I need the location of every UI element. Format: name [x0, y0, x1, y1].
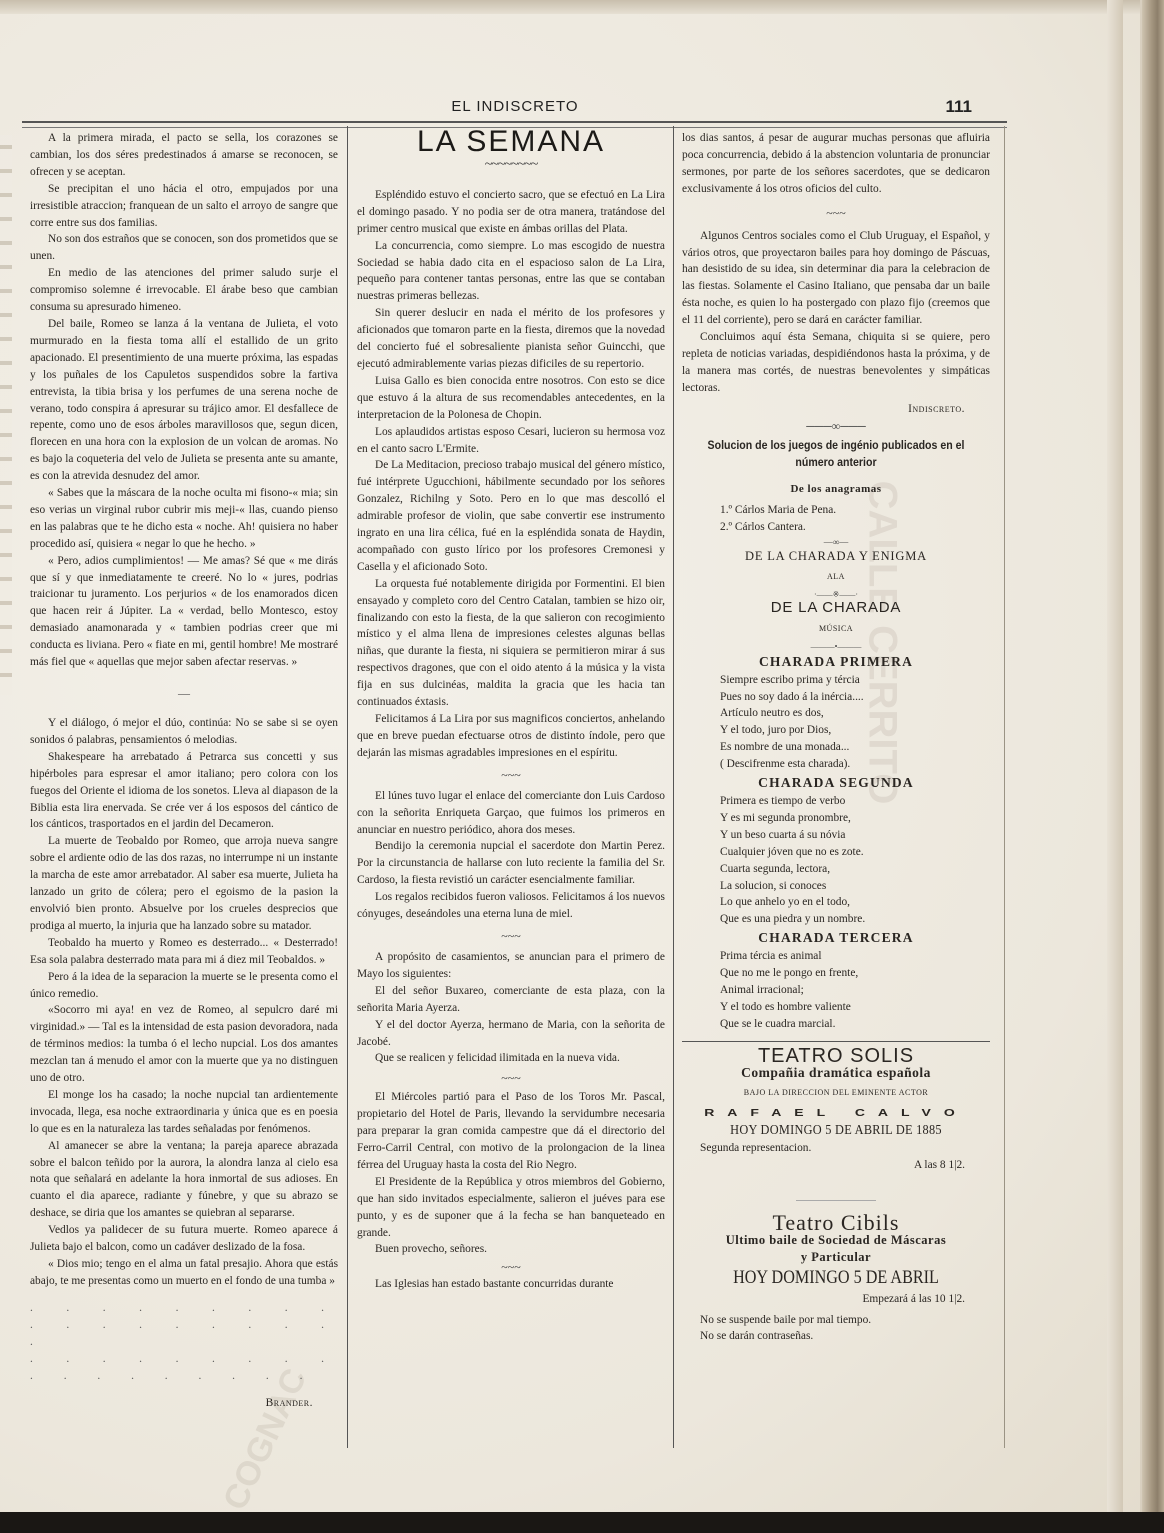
column-romeo-julieta: A la primera mirada, el pacto se sella, …: [30, 130, 338, 1412]
paragraph: El lúnes tuvo lugar el enlace del comerc…: [357, 788, 665, 839]
verse-line: Cualquier jóven que no es zote.: [682, 844, 990, 861]
section-separator: ~~~: [357, 1258, 665, 1276]
ellipsis-row: . . . . . . . . . . . . . . . . . . .: [30, 1300, 338, 1351]
advert-teatro-cibils: Teatro Cibils Ultimo baile de Sociedad d…: [682, 1215, 990, 1345]
column-divider-3: [1004, 126, 1005, 1448]
ornament-rule: ───∞───: [682, 418, 990, 434]
paragraph: Shakespeare ha arrebatado á Petrarca sus…: [30, 749, 338, 834]
advert-time: A las 8 1|2.: [682, 1157, 990, 1174]
verse-line: Que es una piedra y un nombre.: [682, 911, 990, 928]
verse-line: Pues no soy dado á la inércia....: [682, 689, 990, 706]
paragraph: Se precipitan el uno hácia el otro, empu…: [30, 181, 338, 232]
verse-line: Y el todo, juro por Dios,: [682, 722, 990, 739]
author-signature: Brander.: [30, 1395, 338, 1412]
verse-line: Que se le cuadra marcial.: [682, 1016, 990, 1033]
advert-subtitle: Compañia dramática española: [682, 1065, 990, 1082]
verse-line: Siempre escribo prima y tércia: [682, 672, 990, 689]
advert-divider: [796, 1174, 876, 1201]
verse-line: Y el todo es hombre valiente: [682, 999, 990, 1016]
paragraph: A propósito de casamientos, se anuncian …: [357, 949, 665, 983]
column-semana-continued: los dias santos, á pesar de augurar much…: [682, 130, 990, 1345]
advert-teatro-solis: TEATRO SOLIS Compañia dramática española…: [682, 1048, 990, 1174]
paragraph: Luisa Gallo es bien conocida entre nosot…: [357, 373, 665, 424]
verse-line: Que no me le pongo en frente,: [682, 965, 990, 982]
advert-subtitle: Ultimo baile de Sociedad de Máscaras: [682, 1232, 990, 1249]
paragraph: Al amanecer se abre la ventana; la parej…: [30, 1138, 338, 1223]
advert-direction: BAJO LA DIRECCION DEL EMINENTE ACTOR: [682, 1085, 990, 1102]
section-title: LA SEMANA: [357, 134, 665, 151]
paragraph: Espléndido estuvo el concierto sacro, qu…: [357, 187, 665, 238]
paragraph-continuation: los dias santos, á pesar de augurar much…: [682, 130, 990, 198]
paragraph: El Miércoles partió para el Paso de los …: [357, 1089, 665, 1174]
paragraph: Los aplaudidos artistas esposo Cesari, l…: [357, 424, 665, 458]
page-header: EL INDISCRETO 111: [30, 98, 1000, 120]
section-separator: ~~~: [682, 198, 990, 228]
paragraph: Sin querer deslucir en nada el mérito de…: [357, 305, 665, 373]
charada-enigma-answer: ALA: [682, 569, 990, 586]
ornament-wave: ~~~~~~~~: [357, 157, 665, 187]
charada-answer: MÚSICA: [682, 621, 990, 638]
charada-title: CHARADA PRIMERA: [682, 654, 990, 671]
paragraph: « Dios mio; tengo en el alma un fatal pr…: [30, 1256, 338, 1290]
column-divider-1: [347, 126, 348, 1448]
paragraph: Pero á la idea de la separacion la muert…: [30, 969, 338, 1003]
paragraph: Los regalos recibidos fueron valiosos. F…: [357, 889, 665, 923]
paragraph: Algunos Centros sociales como el Club Ur…: [682, 228, 990, 329]
newspaper-title: EL INDISCRETO: [30, 98, 1000, 115]
ornament-rule: ———•———: [682, 642, 990, 652]
section-separator: ~~~: [357, 762, 665, 788]
advert-note: No se suspende baile por mal tiempo.: [682, 1312, 990, 1329]
quote-paragraph: « Sabes que la máscara de la noche ocult…: [30, 485, 338, 553]
page-top-edge: [0, 0, 1145, 14]
charada-title: CHARADA TERCERA: [682, 930, 990, 947]
advert-title: TEATRO SOLIS: [682, 1048, 990, 1065]
paragraph: El del señor Buxareo, comerciante de est…: [357, 983, 665, 1017]
column-la-semana: LA SEMANA ~~~~~~~~ Espléndido estuvo el …: [357, 130, 665, 1293]
verse-line: Prima tércia es animal: [682, 948, 990, 965]
paragraph: Del baile, Romeo se lanza á la ventana d…: [30, 316, 338, 485]
paragraph: A la primera mirada, el pacto se sella, …: [30, 130, 338, 181]
verse-line: ( Descifrenme esta charada).: [682, 756, 990, 773]
advert-date: HOY DOMINGO 5 DE ABRIL: [705, 1270, 967, 1287]
author-signature: Indiscreto.: [682, 401, 990, 418]
paragraph: En medio de las atenciones del primer sa…: [30, 265, 338, 316]
paragraph: La orquesta fué notablemente dirigida po…: [357, 576, 665, 711]
book-binding-edge: [1140, 0, 1164, 1512]
charada-enigma-heading: DE LA CHARADA Y ENIGMA: [682, 548, 990, 565]
charada-heading: DE LA CHARADA: [682, 600, 990, 617]
paragraph: «Socorro mi aya! en vez de Romeo, al sep…: [30, 1002, 338, 1087]
advert-performance: Segunda representacion.: [682, 1140, 990, 1157]
section-divider: —: [30, 671, 338, 715]
page-spine-shadow: [1107, 0, 1123, 1512]
page-number: 111: [946, 97, 973, 117]
verse-line: Artículo neutro es dos,: [682, 705, 990, 722]
verse-line: Es nombre de una monada...: [682, 739, 990, 756]
advert-time: Empezará á las 10 1|2.: [682, 1291, 990, 1308]
paragraph: Y el del doctor Ayerza, hermano de Maria…: [357, 1017, 665, 1051]
verse-line: Y es mi segunda pronombre,: [682, 810, 990, 827]
section-separator: ~~~: [357, 1067, 665, 1089]
newspaper-page: COGNAC CALLE CERRITO EL INDISCRETO 111 A…: [0, 0, 1145, 1512]
ellipsis-row: . . . . . . . . . . . . . . . . . .: [30, 1351, 338, 1385]
section-separator: ~~~: [357, 923, 665, 949]
paragraph: La concurrencia, como siempre. Lo mas es…: [357, 238, 665, 306]
advert-title: Teatro Cibils: [682, 1215, 990, 1232]
paragraph: Concluimos aquí ésta Semana, chiquita si…: [682, 329, 990, 397]
anagramas-heading: De los anagramas: [682, 481, 990, 498]
verse-line: Cuarta segunda, lectora,: [682, 861, 990, 878]
page-left-bleedthrough: [0, 135, 12, 695]
anagram-solution: 2.º Cárlos Cantera.: [682, 519, 990, 536]
verse-line: Y un beso cuarta á su nóvia: [682, 827, 990, 844]
paragraph: Teobaldo ha muerto y Romeo es desterrado…: [30, 935, 338, 969]
advert-date: HOY DOMINGO 5 DE ABRIL DE 1885: [700, 1123, 971, 1140]
verse-line: Animal irracional;: [682, 982, 990, 999]
verse-line: La solucion, si conoces: [682, 878, 990, 895]
paragraph: El Presidente de la República y otros mi…: [357, 1174, 665, 1242]
quote-paragraph: « Pero, adios cumplimientos! — Me amas? …: [30, 553, 338, 671]
solutions-title: Solucion de los juegos de ingénio public…: [694, 438, 977, 472]
paragraph: No son dos estraños que se conocen, son …: [30, 231, 338, 265]
paragraph: Buen provecho, señores.: [357, 1241, 665, 1258]
paragraph: La muerte de Teobaldo por Romeo, que arr…: [30, 833, 338, 934]
verse-line: Lo que anhelo yo en el todo,: [682, 894, 990, 911]
ornament-rule: —∞—: [682, 536, 990, 548]
verse-line: Primera es tiempo de verbo: [682, 793, 990, 810]
column-divider-2: [673, 126, 674, 1448]
paragraph: Que se realicen y felicidad ilimitada en…: [357, 1050, 665, 1067]
advert-note: No se darán contraseñas.: [682, 1328, 990, 1345]
paragraph: Las Iglesias han estado bastante concurr…: [357, 1276, 665, 1293]
anagram-solution: 1.º Cárlos Maria de Pena.: [682, 502, 990, 519]
advert-subtitle: y Particular: [682, 1249, 990, 1266]
paragraph: Felicitamos á La Lira por sus magnificos…: [357, 711, 665, 762]
paragraph: Vedlos ya palidecer de su futura muerte.…: [30, 1222, 338, 1256]
paragraph: Bendijo la ceremonia nupcial el sacerdot…: [357, 838, 665, 889]
advert-rule: [682, 1041, 990, 1042]
paragraph: El monge los ha casado; la noche nupcial…: [30, 1087, 338, 1138]
advert-actor-name: RAFAEL CALVO: [682, 1107, 990, 1120]
paragraph: Y el diálogo, ó mejor el dúo, continúa: …: [30, 715, 338, 749]
paragraph: De La Meditacion, precioso trabajo music…: [357, 457, 665, 575]
charada-title: CHARADA SEGUNDA: [682, 775, 990, 792]
